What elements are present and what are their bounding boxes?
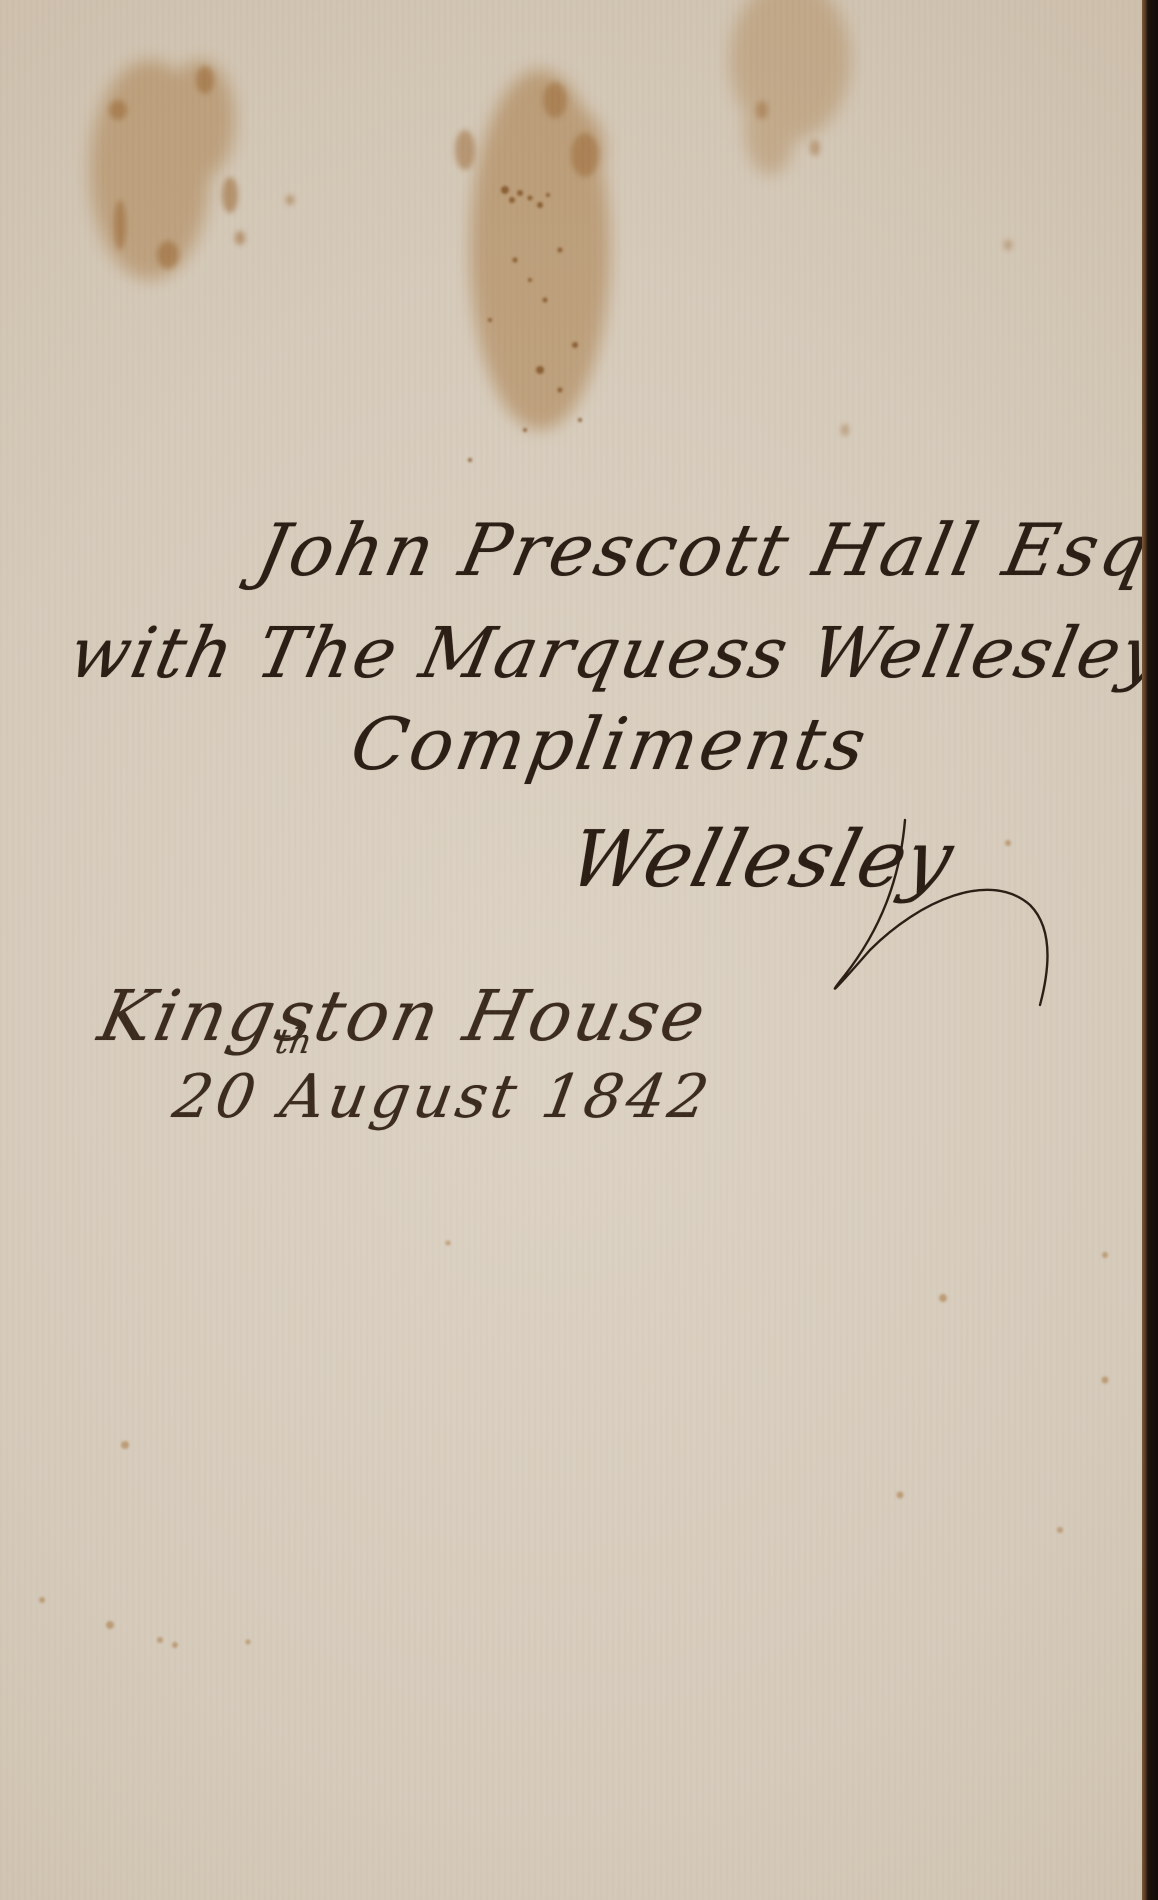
place-line: Kingston House	[92, 975, 715, 1057]
date-day: 20th	[168, 1062, 288, 1132]
foxing-stains	[0, 0, 1142, 1900]
signature: Wellesley	[560, 815, 963, 905]
book-binding-edge	[1142, 0, 1158, 1900]
compliments-line: Compliments	[345, 702, 875, 786]
recipient-line: John Prescott Hall Esqr	[250, 508, 1142, 592]
date-month-year: August 1842	[275, 1062, 717, 1132]
book-page: John Prescott Hall Esqr with The Marques…	[0, 0, 1142, 1900]
signature-flourish	[0, 0, 1142, 1900]
date-ordinal: th	[272, 1022, 315, 1062]
date-line: 20th August 1842	[168, 1062, 717, 1132]
date-day-text: 20	[168, 1062, 265, 1132]
presenter-line: with The Marquess Wellesley's	[62, 612, 1142, 694]
